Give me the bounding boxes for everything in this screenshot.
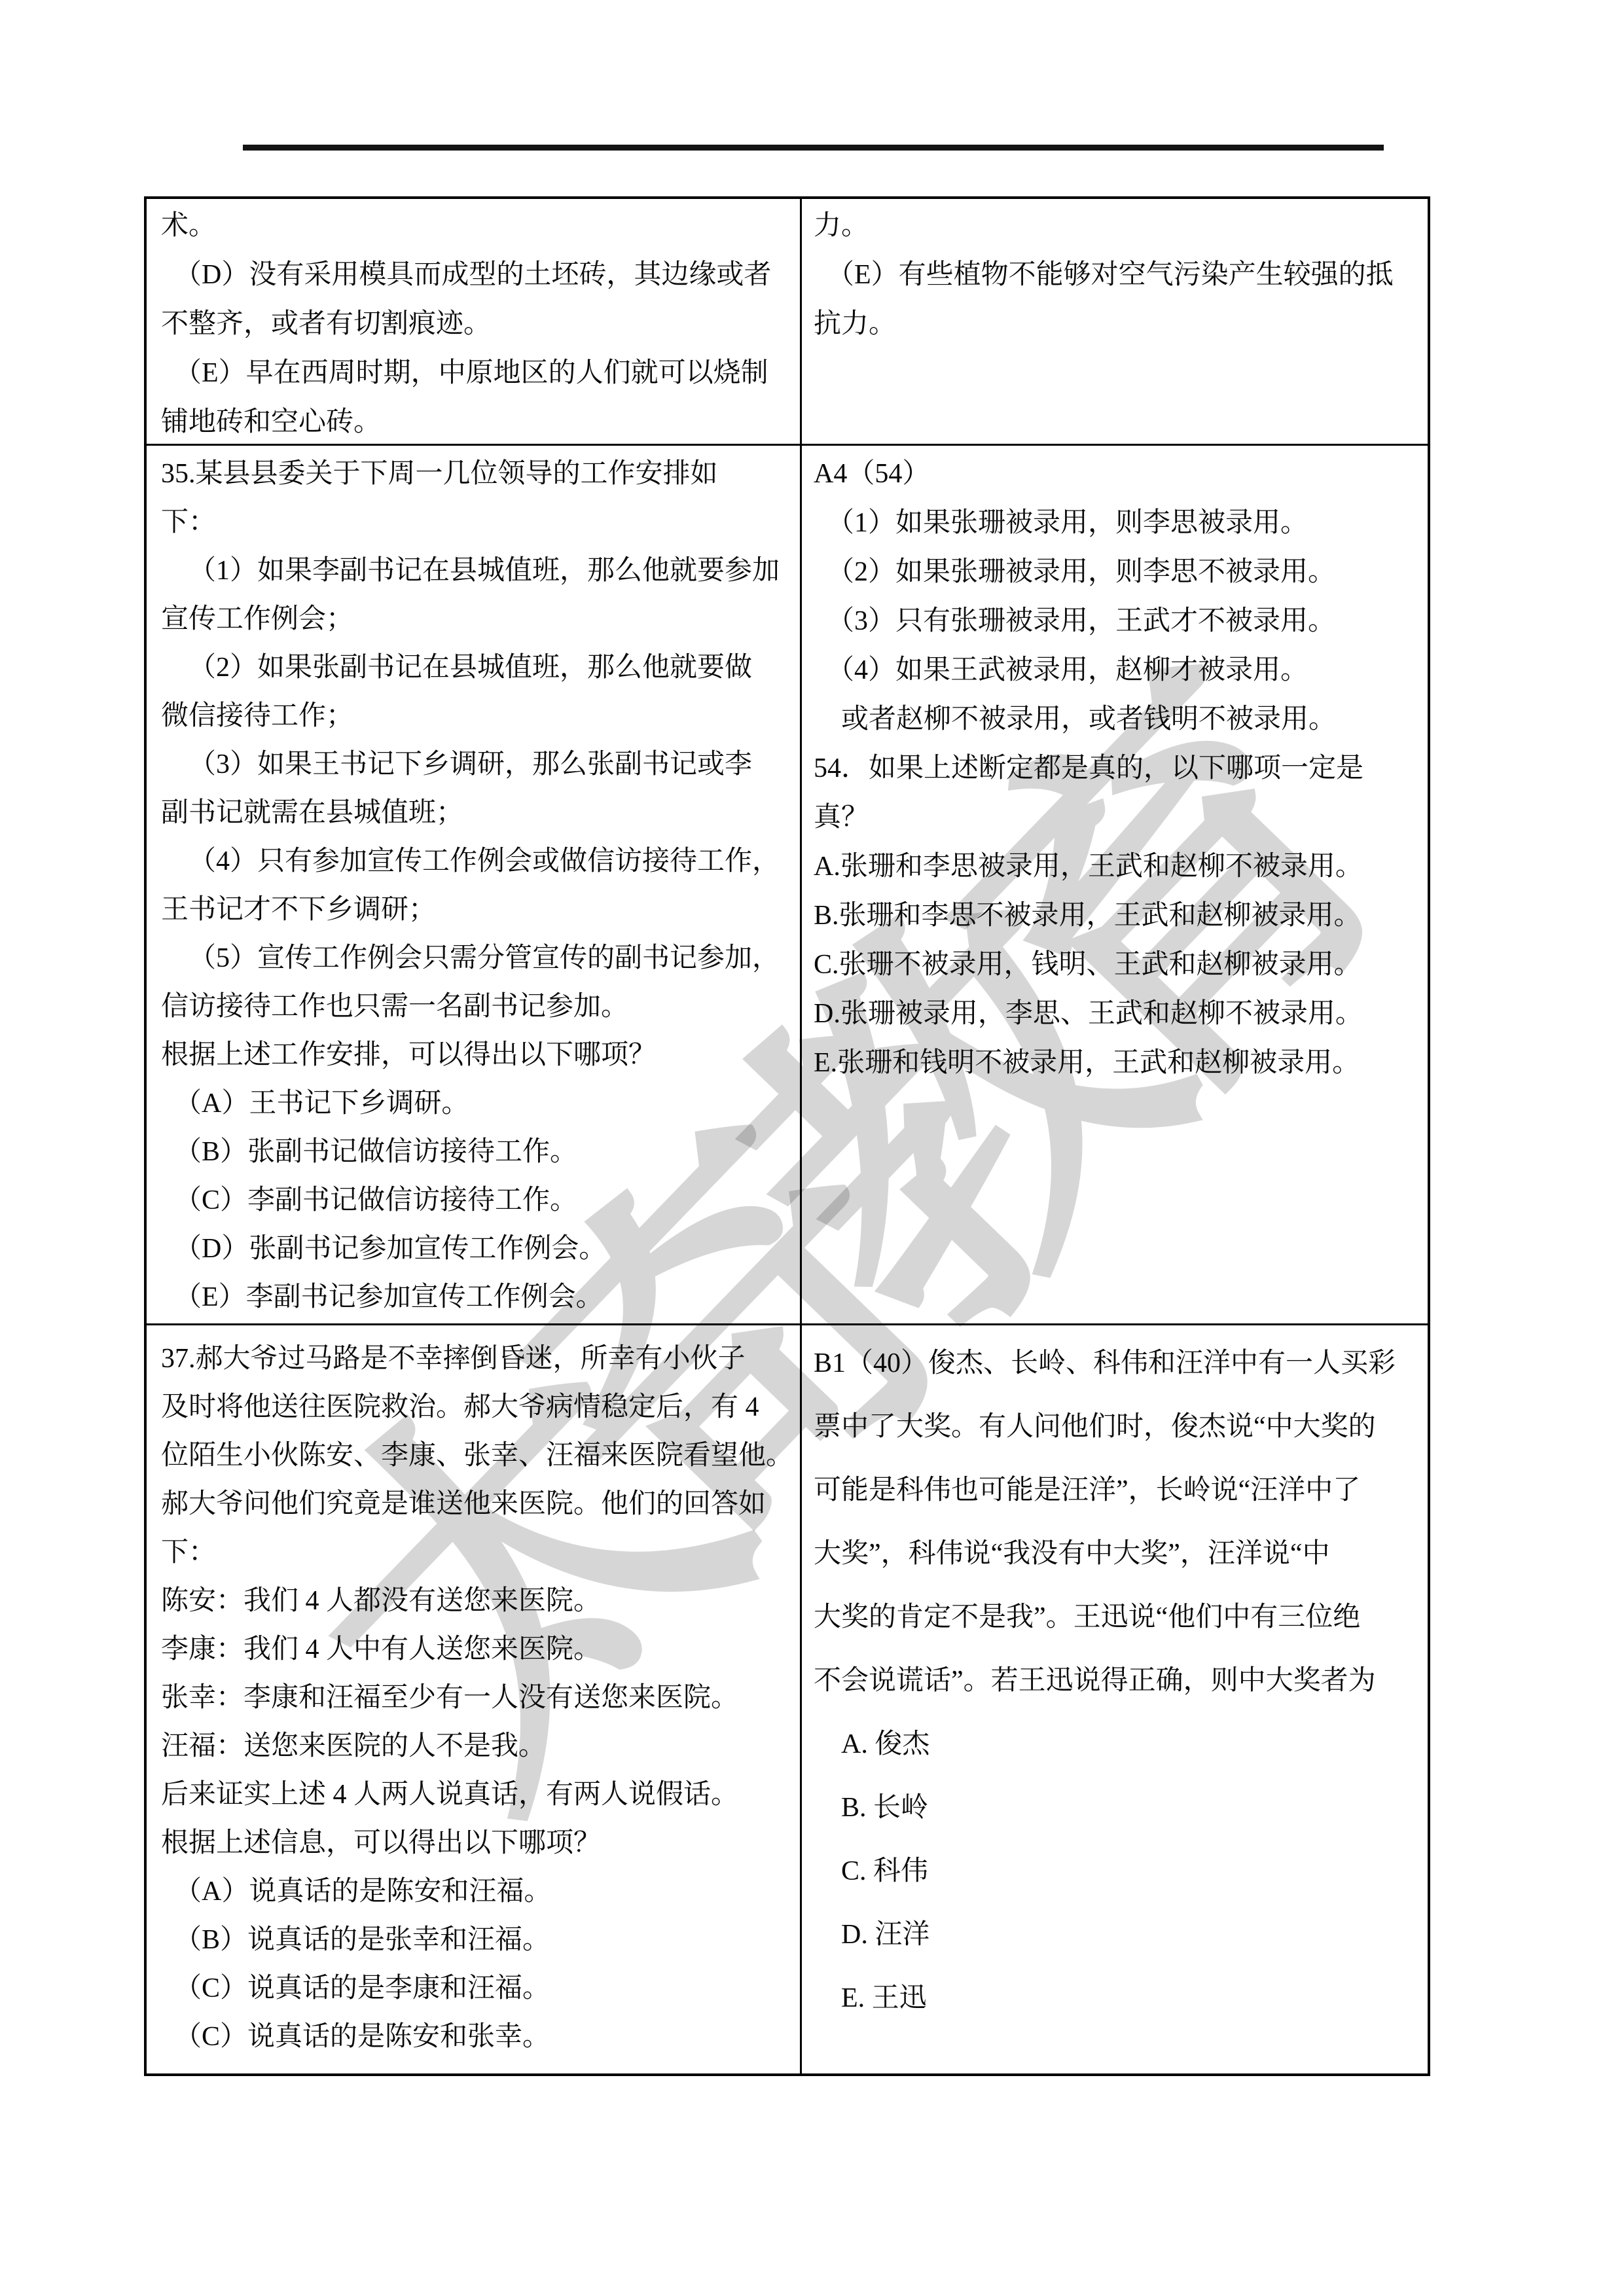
- text-line: A.张珊和李思被录用，王武和赵柳不被录用。: [814, 842, 1422, 891]
- text-line: 位陌生小伙陈安、李康、张幸、汪福来医院看望他。: [161, 1431, 795, 1480]
- cell-row3-left-question-37: 37.郝大爷过马路是不幸摔倒昏迷，所幸有小伙子及时将他送往医院救治。郝大爷病情稳…: [147, 1325, 800, 2073]
- text-line: 信访接待工作也只需一名副书记参加。: [161, 982, 795, 1031]
- text-line: （4）如果王武被录用，赵柳才被录用。: [814, 646, 1422, 695]
- text-line: A. 俊杰: [814, 1713, 1422, 1776]
- text-line: 54．如果上述断定都是真的，以下哪项一定是: [814, 744, 1422, 793]
- text-line: （4）只有参加宣传工作例会或做信访接待工作，: [161, 837, 795, 886]
- text-line: 力。: [814, 202, 1422, 251]
- text-line: 大奖的肯定不是我”。王迅说“他们中有三位绝: [814, 1586, 1422, 1649]
- text-line: 副书记就需在县城值班；: [161, 789, 795, 837]
- text-line: （C）说真话的是李康和汪福。: [161, 1964, 795, 2013]
- cell-row2-left-question-35: 35.某县县委关于下周一几位领导的工作安排如下：（1）如果李副书记在县城值班，那…: [147, 446, 800, 1323]
- question-table: 术。（D）没有采用模具而成型的土坯砖，其边缘或者不整齐，或者有切割痕迹。（E）早…: [144, 196, 1430, 2076]
- text-line: （3）只有张珊被录用，王武才不被录用。: [814, 597, 1422, 646]
- text-line: 宣传工作例会；: [161, 595, 795, 643]
- text-line: 王书记才不下乡调研；: [161, 886, 795, 934]
- text-line: 下：: [161, 1528, 795, 1577]
- text-line: 郝大爷问他们究竟是谁送他来医院。他们的回答如: [161, 1480, 795, 1528]
- text-line: （E）李副书记参加宣传工作例会。: [161, 1273, 795, 1321]
- text-line: D. 汪洋: [814, 1903, 1422, 1967]
- text-line: 票中了大奖。有人问他们时，俊杰说“中大奖的: [814, 1395, 1422, 1459]
- row-divider-2: [147, 1323, 1428, 1325]
- text-line: （B）说真话的是张幸和汪福。: [161, 1916, 795, 1964]
- text-line: E.张珊和钱明不被录用，王武和赵柳被录用。: [814, 1039, 1422, 1088]
- document-page: 太奇教育 术。（D）没有采用模具而成型的土坯砖，其边缘或者不整齐，或者有切割痕迹…: [0, 0, 1624, 2296]
- column-divider: [800, 199, 802, 2073]
- text-line: E. 王迅: [814, 1967, 1422, 2030]
- text-line: 陈安：我们 4 人都没有送您来医院。: [161, 1577, 795, 1625]
- text-line: B.张珊和李思不被录用，王武和赵柳被录用。: [814, 891, 1422, 941]
- text-line: A4（54）: [814, 450, 1422, 499]
- text-line: （A）王书记下乡调研。: [161, 1079, 795, 1128]
- text-line: 可能是科伟也可能是汪洋”，长岭说“汪洋中了: [814, 1459, 1422, 1522]
- text-line: 大奖”，科伟说“我没有中大奖”，汪洋说“中: [814, 1522, 1422, 1586]
- text-line: （D）没有采用模具而成型的土坯砖，其边缘或者: [161, 251, 795, 300]
- cell-row2-right-question-54: A4（54）（1）如果张珊被录用，则李思被录用。（2）如果张珊被录用，则李思不被…: [802, 446, 1428, 1323]
- text-line: C. 科伟: [814, 1840, 1422, 1903]
- text-line: （3）如果王书记下乡调研，那么张副书记或李: [161, 740, 795, 789]
- text-line: 根据上述信息，可以得出以下哪项？: [161, 1819, 795, 1867]
- text-line: 35.某县县委关于下周一几位领导的工作安排如: [161, 450, 795, 498]
- text-line: 不会说谎话”。若王迅说得正确，则中大奖者为: [814, 1649, 1422, 1713]
- text-line: （E）早在西周时期，中原地区的人们就可以烧制: [161, 349, 795, 398]
- text-line: 不整齐，或者有切割痕迹。: [161, 300, 795, 349]
- text-line: 真？: [814, 793, 1422, 842]
- text-line: （2）如果张副书记在县城值班，那么他就要做: [161, 643, 795, 692]
- text-line: 下：: [161, 498, 795, 547]
- text-line: 张幸：李康和汪福至少有一人没有送您来医院。: [161, 1674, 795, 1722]
- header-rule: [243, 145, 1384, 151]
- text-line: （B）张副书记做信访接待工作。: [161, 1128, 795, 1176]
- text-line: 后来证实上述 4 人两人说真话，有两人说假话。: [161, 1770, 795, 1819]
- text-line: （A）说真话的是陈安和汪福。: [161, 1867, 795, 1916]
- text-line: （D）张副书记参加宣传工作例会。: [161, 1225, 795, 1273]
- text-line: 37.郝大爷过马路是不幸摔倒昏迷，所幸有小伙子: [161, 1335, 795, 1383]
- text-line: 及时将他送往医院救治。郝大爷病情稳定后，有 4: [161, 1383, 795, 1431]
- cell-row1-right: 力。（E）有些植物不能够对空气污染产生较强的抵抗力。: [802, 199, 1428, 444]
- text-line: 根据上述工作安排，可以得出以下哪项？: [161, 1031, 795, 1079]
- text-line: （1）如果张珊被录用，则李思被录用。: [814, 499, 1422, 548]
- text-line: D.张珊被录用，李思、王武和赵柳不被录用。: [814, 990, 1422, 1039]
- text-line: （C）李副书记做信访接待工作。: [161, 1176, 795, 1225]
- text-line: 微信接待工作；: [161, 692, 795, 740]
- text-line: 抗力。: [814, 300, 1422, 349]
- text-line: 铺地砖和空心砖。: [161, 398, 795, 444]
- text-line: （5）宣传工作例会只需分管宣传的副书记参加，: [161, 934, 795, 982]
- row-divider-1: [147, 444, 1428, 446]
- text-line: （1）如果李副书记在县城值班，那么他就要参加: [161, 547, 795, 595]
- text-line: C.张珊不被录用，钱明、王武和赵柳被录用。: [814, 941, 1422, 990]
- text-line: （E）有些植物不能够对空气污染产生较强的抵: [814, 251, 1422, 300]
- cell-row3-right-question-b1-40: B1（40）俊杰、长岭、科伟和汪洋中有一人买彩票中了大奖。有人问他们时，俊杰说“…: [802, 1325, 1428, 2073]
- text-line: 或者赵柳不被录用，或者钱明不被录用。: [814, 695, 1422, 744]
- text-line: B1（40）俊杰、长岭、科伟和汪洋中有一人买彩: [814, 1332, 1422, 1395]
- text-line: 李康：我们 4 人中有人送您来医院。: [161, 1625, 795, 1674]
- text-line: （2）如果张珊被录用，则李思不被录用。: [814, 548, 1422, 597]
- text-line: （C）说真话的是陈安和张幸。: [161, 2013, 795, 2061]
- text-line: 汪福：送您来医院的人不是我。: [161, 1722, 795, 1770]
- text-line: 术。: [161, 202, 795, 251]
- cell-row1-left: 术。（D）没有采用模具而成型的土坯砖，其边缘或者不整齐，或者有切割痕迹。（E）早…: [147, 199, 800, 444]
- text-line: B. 长岭: [814, 1776, 1422, 1840]
